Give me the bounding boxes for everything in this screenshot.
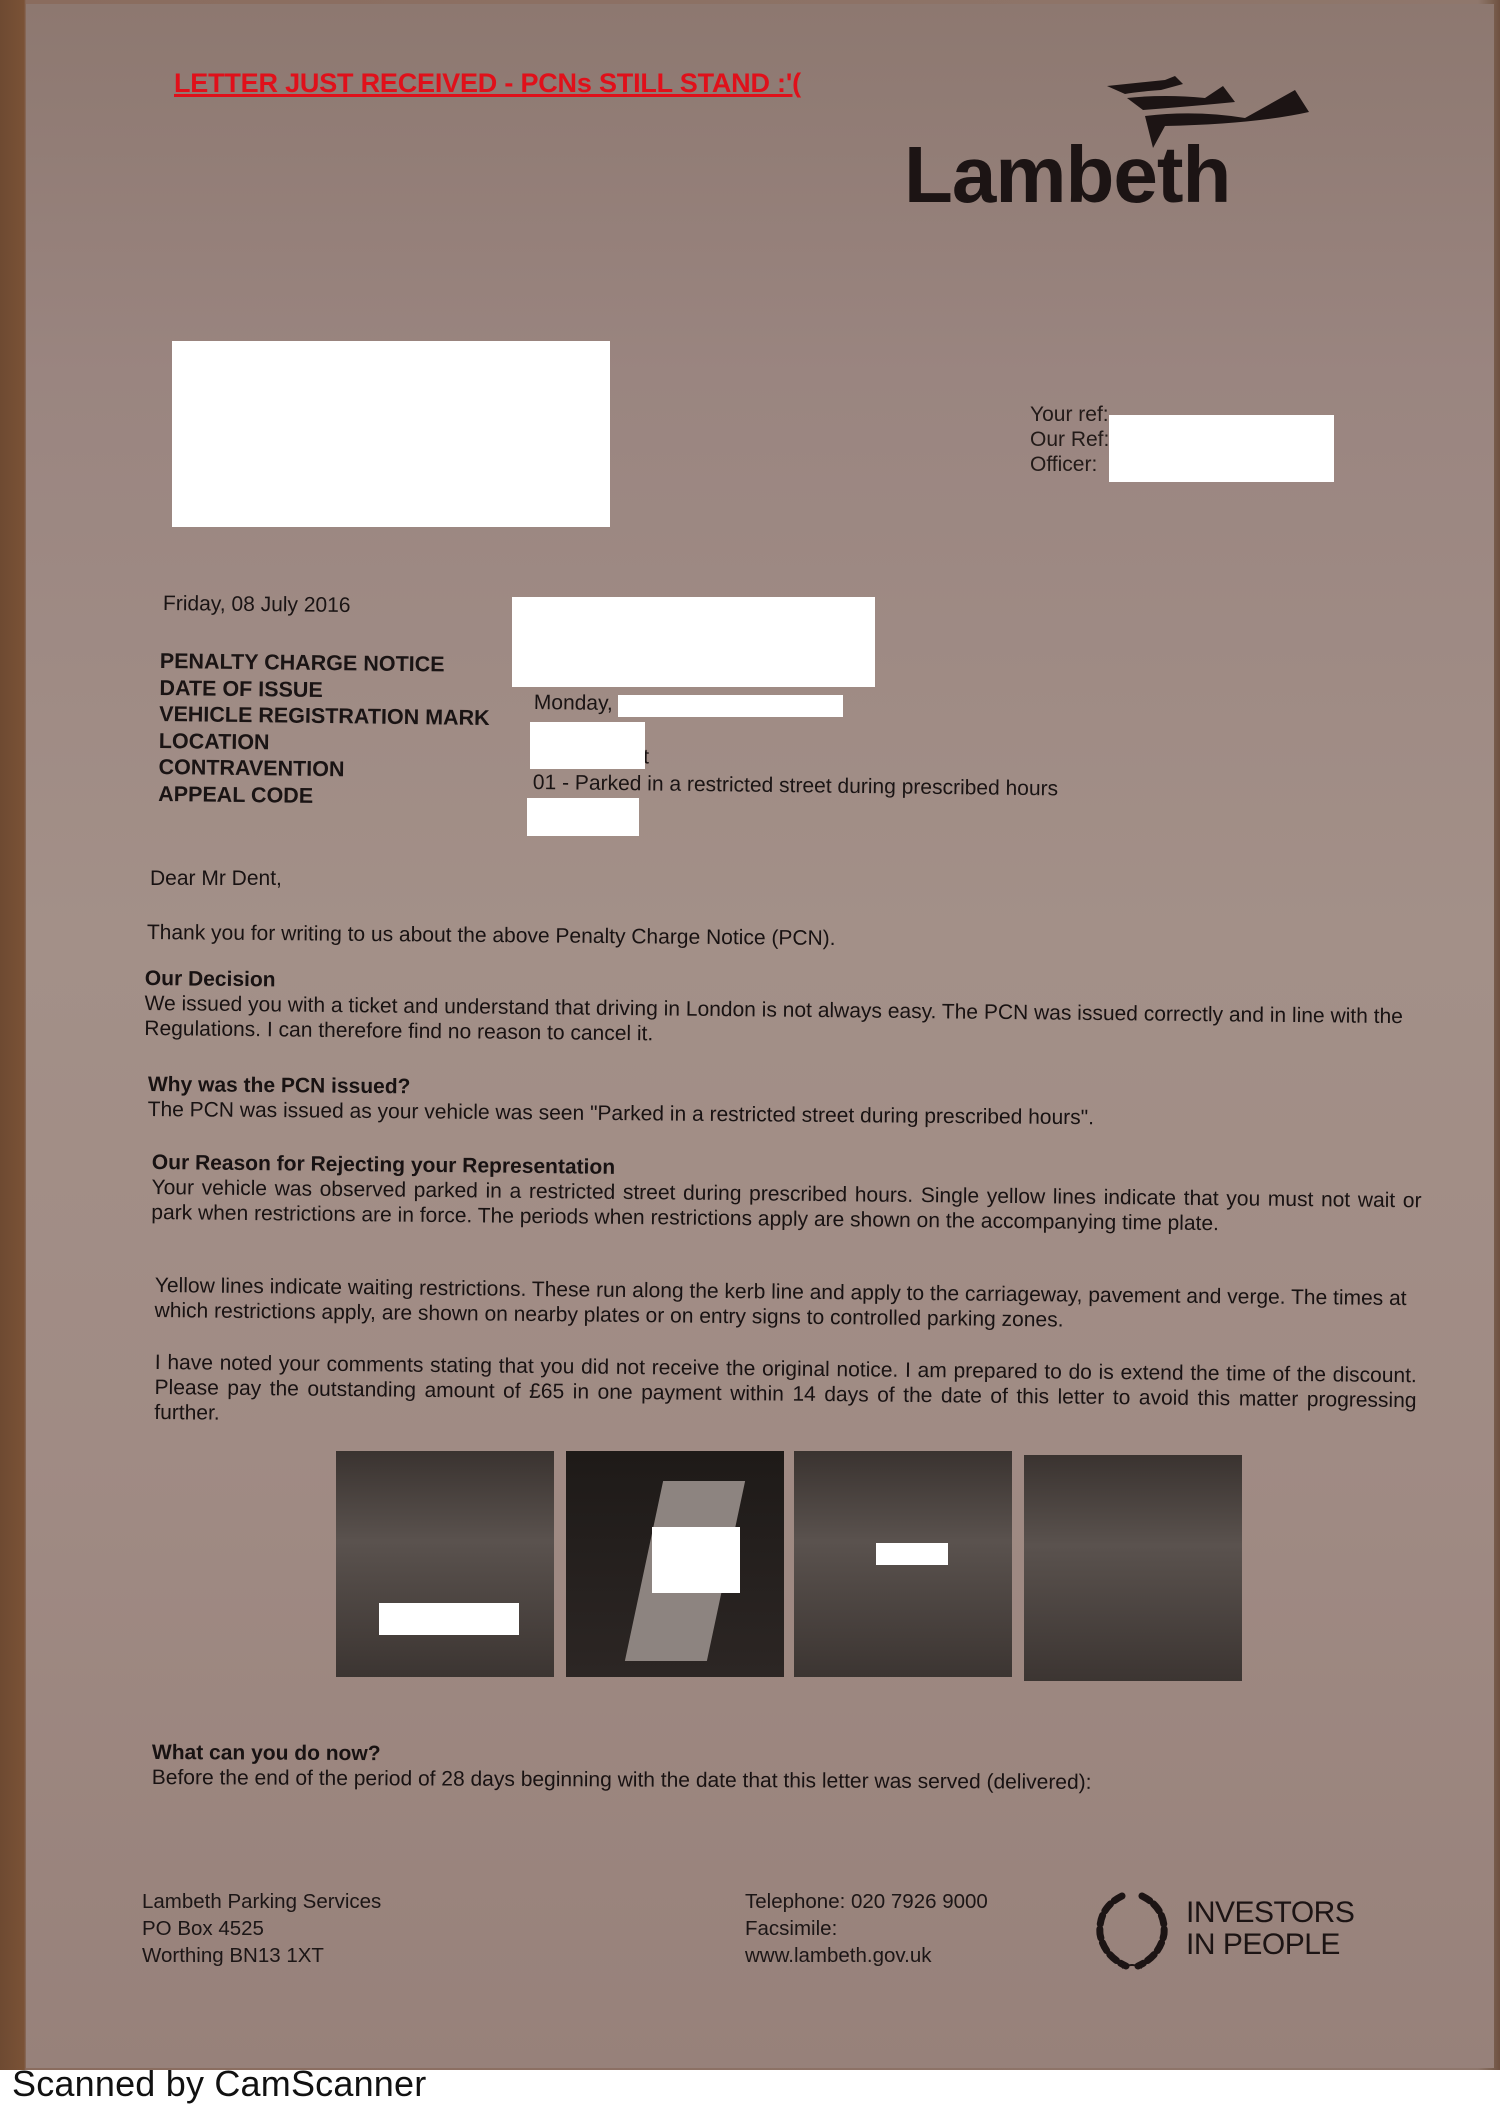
annotation-banner: LETTER JUST RECEIVED - PCNs STILL STAND … [174,68,801,99]
paragraph-comments: I have noted your comments stating that … [154,1350,1417,1438]
field-label: VEHICLE REGISTRATION MARK [159,701,490,732]
evidence-photo [794,1451,1012,1677]
footer-contact: Telephone: 020 7926 9000 Facsimile: www.… [745,1888,988,1969]
redacted-references [1109,415,1334,482]
section-rejection-reason: Our Reason for Rejecting your Representa… [151,1150,1422,1238]
badge-line: IN PEOPLE [1186,1929,1354,1961]
lambeth-wordmark: Lambeth [904,135,1230,215]
redacted-vrm-location [530,722,645,769]
our-ref-label: Our Ref: [1030,427,1109,452]
website: www.lambeth.gov.uk [745,1942,988,1969]
investors-in-people-wreath-icon [1092,1890,1172,1972]
field-label: APPEAL CODE [158,780,489,811]
officer-label: Officer: [1030,452,1109,477]
evidence-photo [1024,1455,1242,1681]
redacted-issue-date [618,695,843,717]
section-our-decision: Our Decision We issued you with a ticket… [144,966,1435,1055]
field-label: LOCATION [159,727,490,758]
reference-block: Your ref: Our Ref: Officer: [1030,402,1109,477]
investors-in-people-badge: INVESTORS IN PEOPLE [1186,1897,1354,1961]
footer-address: Lambeth Parking Services PO Box 4525 Wor… [142,1888,381,1969]
field-label: DATE OF ISSUE [159,674,490,705]
facsimile: Facsimile: [745,1915,988,1942]
your-ref-label: Your ref: [1030,402,1109,427]
evidence-photos [336,1451,1242,1683]
telephone: Telephone: 020 7926 9000 [745,1888,988,1915]
redacted-pcn-number [512,597,875,687]
address-line: Lambeth Parking Services [142,1888,381,1915]
field-label: PENALTY CHARGE NOTICE [160,648,491,679]
letter-date: Friday, 08 July 2016 [163,592,351,618]
field-label: CONTRAVENTION [158,754,489,785]
evidence-photo [336,1451,554,1677]
redacted-plate [876,1543,948,1565]
redacted-plate [379,1603,519,1635]
pcn-field-labels: PENALTY CHARGE NOTICE DATE OF ISSUE VEHI… [158,648,490,811]
badge-line: INVESTORS [1186,1897,1354,1929]
salutation: Dear Mr Dent, [150,866,282,891]
section-text: Before the end of the period of 28 days … [152,1766,1092,1794]
redacted-ticket [652,1527,740,1593]
section-next-steps: What can you do now? Before the end of t… [152,1740,1352,1796]
address-line: Worthing BN13 1XT [142,1942,381,1969]
camscanner-watermark: Scanned by CamScanner [12,2063,426,2105]
redacted-appeal-code [527,798,639,836]
evidence-photo [566,1451,784,1677]
address-line: PO Box 4525 [142,1915,381,1942]
redacted-recipient-address [172,341,610,527]
